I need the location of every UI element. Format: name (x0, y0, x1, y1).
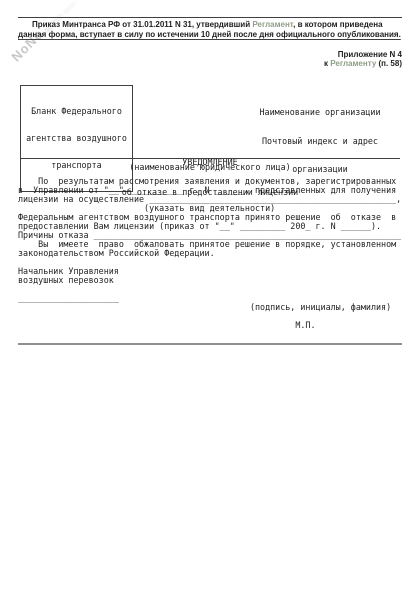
form-line-15: (подпись, инициалы, фамилия) (18, 303, 401, 312)
appendix-clause: (п. 58) (376, 59, 402, 68)
watermark-streak (63, 0, 78, 15)
regulation-note: Приказ Минтранса РФ от 31.01.2011 N 31, … (18, 17, 402, 40)
document-page: NoNu Приказ Минтранса РФ от 31.01.2011 N… (0, 0, 420, 600)
appendix-reference: Приложение N 4 к Регламенту (п. 58) (18, 50, 402, 68)
reglament-link[interactable]: Регламенту (330, 59, 376, 68)
watermark: NoNu (0, 0, 100, 90)
reglament-link[interactable]: Регламент (252, 20, 293, 29)
regulation-note-line2: данная форма, вступает в силу по истечен… (18, 30, 402, 40)
appendix-to-reglament: к Регламенту (п. 58) (18, 59, 402, 68)
name-caption: (наименование юридического лица) (18, 162, 402, 172)
addressee-line: Наименование организации (240, 108, 400, 118)
letterhead-line: Бланк Федерального (21, 107, 132, 116)
form-body: По результатам рассмотрения заявления и … (18, 177, 401, 330)
name-blank-line (20, 158, 400, 159)
appendix-number: Приложение N 4 (18, 50, 402, 59)
regulation-note-line1: Приказ Минтранса РФ от 31.01.2011 N 31, … (18, 20, 402, 30)
bottom-divider (18, 343, 402, 345)
note-text: Приказ Минтранса РФ от 31.01.2011 N 31, … (32, 20, 252, 29)
form-line-9: законодательством Российской Федерации. (18, 249, 401, 258)
form-line-17: М.П. (18, 321, 401, 330)
form-line-12: воздушных перевозок (18, 276, 401, 285)
note-text: , в котором приведена (293, 20, 382, 29)
